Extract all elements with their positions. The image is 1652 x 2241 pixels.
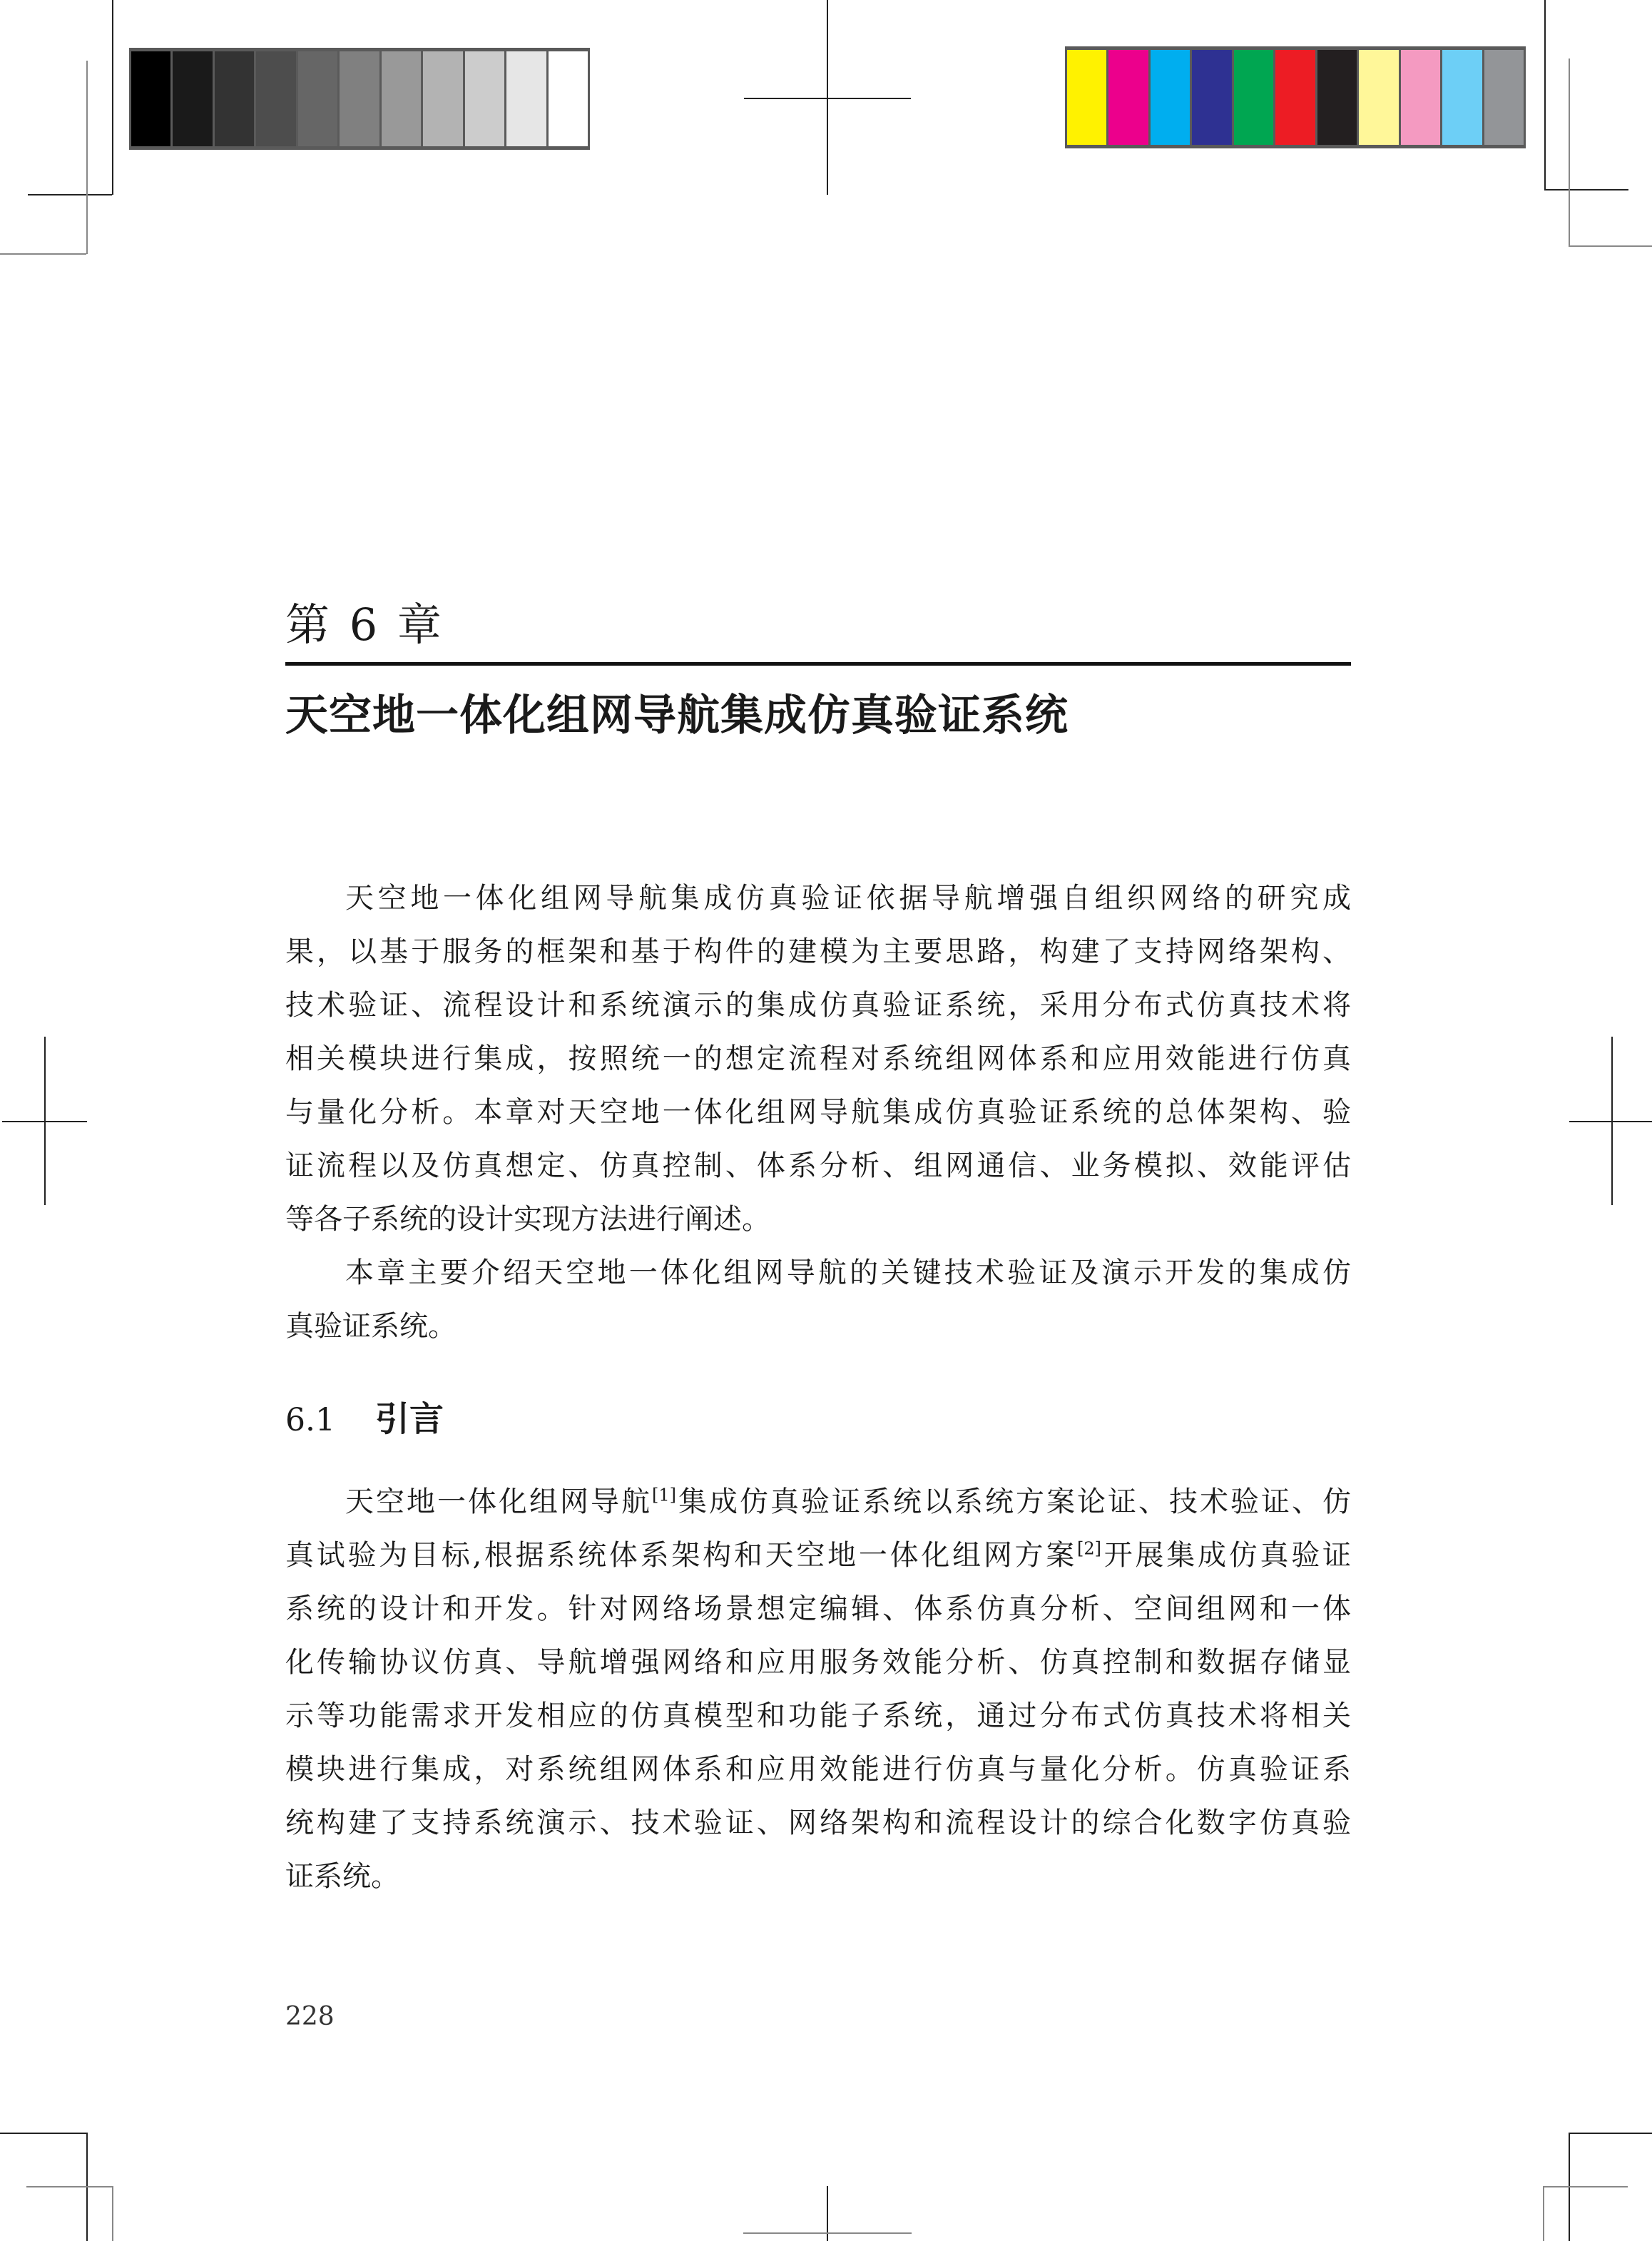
color-swatch: [423, 51, 462, 146]
color-swatch: [506, 51, 546, 146]
text-run: 天空地一体化组网导航: [345, 1485, 652, 1518]
crop-mark: [1544, 0, 1546, 190]
text-line: 技术验证、流程设计和系统演示的集成仿真验证系统，采用分布式仿真技术将: [285, 979, 1351, 1032]
text-line: 统构建了支持系统演示、技术验证、网络架构和流程设计的综合化数字仿真验: [285, 1797, 1351, 1850]
color-swatch: [340, 51, 379, 146]
color-swatch: [465, 51, 504, 146]
crop-mark: [112, 2186, 113, 2241]
crop-mark: [1543, 2186, 1544, 2241]
crop-mark: [86, 61, 88, 254]
color-swatch: [1401, 50, 1440, 145]
text-run: 真试验为目标,根据系统体系架构和天空地一体化组网方案: [285, 1539, 1077, 1572]
text-line: 等各子系统的设计实现方法进行阐述。: [285, 1193, 1351, 1246]
text-line: 真试验为目标,根据系统体系架构和天空地一体化组网方案[2]开展集成仿真验证: [285, 1529, 1351, 1582]
text-run: 集成仿真验证系统以系统方案论证、技术验证、仿: [676, 1485, 1351, 1518]
intro-paragraph-1: 天空地一体化组网导航集成仿真验证依据导航增强自组织网络的研究成 果，以基于服务的…: [285, 872, 1351, 1246]
chapter-label: 第 6 章: [285, 589, 444, 653]
grayscale-calibration-bar: [129, 48, 590, 150]
color-swatch: [1108, 50, 1148, 145]
text-line: 示等功能需求开发相应的仿真模型和功能子系统，通过分布式仿真技术将相关: [285, 1689, 1351, 1743]
text-line: 证系统。: [285, 1850, 1351, 1904]
chapter-divider: [285, 662, 1351, 666]
citation-ref-1[interactable]: [1]: [652, 1485, 676, 1505]
text-line: 化传输协议仿真、导航增强网络和应用服务效能分析、仿真控制和数据存储显: [285, 1636, 1351, 1689]
registration-mark: [743, 2232, 912, 2234]
color-swatch: [1234, 50, 1273, 145]
color-swatch: [215, 51, 254, 146]
text-line: 天空地一体化组网导航[1]集成仿真验证系统以系统方案论证、技术验证、仿: [285, 1475, 1351, 1529]
crop-mark: [0, 253, 86, 255]
text-line: 模块进行集成，对系统组网体系和应用效能进行仿真与量化分析。仿真验证系: [285, 1743, 1351, 1797]
text-run: 开展集成仿真验证: [1101, 1539, 1351, 1572]
section-paragraph: 天空地一体化组网导航[1]集成仿真验证系统以系统方案论证、技术验证、仿 真试验为…: [285, 1475, 1351, 1904]
registration-mark: [744, 98, 911, 99]
crop-mark: [0, 2133, 86, 2134]
chapter-title: 天空地一体化组网导航集成仿真验证系统: [285, 681, 1069, 743]
crop-mark: [1569, 245, 1652, 247]
section-heading: 6.1引言: [285, 1391, 444, 1440]
color-swatch: [1151, 50, 1190, 145]
intro-paragraph-2: 本章主要介绍天空地一体化组网导航的关键技术验证及演示开发的集成仿 真验证系统。: [285, 1246, 1351, 1353]
color-swatch: [1192, 50, 1231, 145]
registration-mark: [2, 1121, 87, 1122]
color-swatch: [1317, 50, 1357, 145]
citation-ref-2[interactable]: [2]: [1077, 1539, 1101, 1559]
color-swatch: [256, 51, 295, 146]
crop-mark: [1544, 189, 1628, 190]
crop-mark: [1543, 2186, 1628, 2187]
page-number: 228: [285, 2002, 335, 2031]
registration-mark: [1569, 1121, 1652, 1122]
color-swatch: [173, 51, 212, 146]
text-line: 本章主要介绍天空地一体化组网导航的关键技术验证及演示开发的集成仿: [285, 1246, 1351, 1300]
text-line: 天空地一体化组网导航集成仿真验证依据导航增强自组织网络的研究成: [285, 872, 1351, 925]
text-line: 真验证系统。: [285, 1300, 1351, 1353]
crop-mark: [28, 194, 112, 195]
color-calibration-bar: [1065, 46, 1526, 148]
text-line: 系统的设计和开发。针对网络场景想定编辑、体系仿真分析、空间组网和一体: [285, 1582, 1351, 1636]
crop-mark: [1569, 59, 1570, 246]
section-number: 6.1: [285, 1402, 335, 1438]
color-swatch: [382, 51, 421, 146]
color-swatch: [298, 51, 337, 146]
text-line: 相关模块进行集成，按照统一的想定流程对系统组网体系和应用效能进行仿真: [285, 1032, 1351, 1086]
text-line: 与量化分析。本章对天空地一体化组网导航集成仿真验证系统的总体架构、验: [285, 1086, 1351, 1139]
color-swatch: [549, 51, 588, 146]
crop-mark: [1569, 2133, 1652, 2134]
color-swatch: [1442, 50, 1482, 145]
color-swatch: [1067, 50, 1106, 145]
text-line: 证流程以及仿真想定、仿真控制、体系分析、组网通信、业务模拟、效能评估: [285, 1139, 1351, 1193]
color-swatch: [131, 51, 170, 146]
color-swatch: [1484, 50, 1524, 145]
crop-mark: [112, 0, 113, 195]
section-title: 引言: [375, 1399, 444, 1439]
color-swatch: [1275, 50, 1315, 145]
crop-mark: [26, 2186, 112, 2187]
text-line: 果，以基于服务的框架和基于构件的建模为主要思路，构建了支持网络架构、: [285, 925, 1351, 979]
color-swatch: [1359, 50, 1398, 145]
